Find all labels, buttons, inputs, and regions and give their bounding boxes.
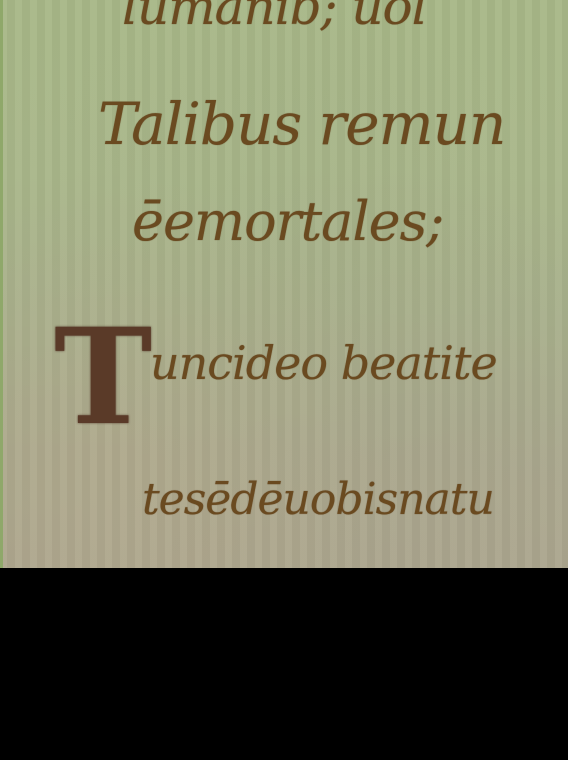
manuscript-line-4: uncideo beatite [150, 336, 497, 390]
page-edge [0, 0, 3, 568]
manuscript-photo: lumanib; uol Talibus remun ēemortales; T… [0, 0, 568, 568]
manuscript-line-5: tesēdēuobisnatu [142, 474, 494, 525]
manuscript-line-2: Talibus remun [98, 90, 505, 158]
manuscript-line-3: ēemortales; [132, 190, 443, 253]
decorated-initial: T [54, 312, 152, 444]
manuscript-line-1: lumanib; uol [122, 0, 427, 36]
letterbox-bar [0, 568, 568, 760]
